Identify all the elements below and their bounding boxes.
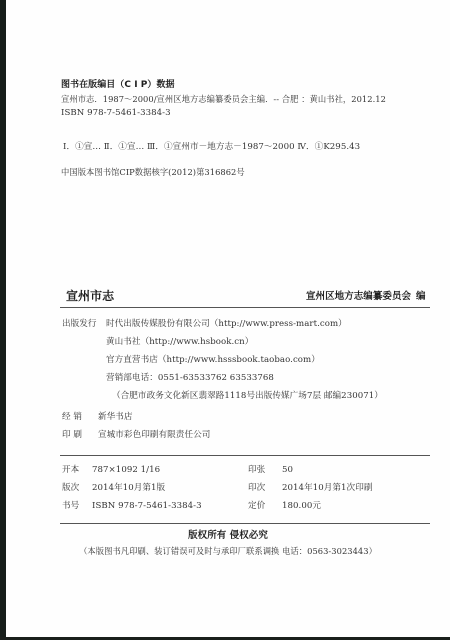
distributor-value: 新华书店	[98, 412, 133, 423]
replacement-notice: （本版图书凡印刷、装订错误可及时与承印厂联系调换 电话：0563-3023443…	[6, 546, 450, 557]
distributor-label: 经 销	[62, 412, 82, 423]
publisher-phone: 营销部电话：0551-63533762 63533768	[106, 373, 274, 384]
cip-isbn: ISBN 978-7-5461-3384-3	[61, 108, 171, 119]
cip-heading: 图书在版编目（C I P）数据	[61, 80, 175, 91]
spec-value-edition: 2014年10月第1版	[92, 483, 165, 494]
specs-top-rule	[60, 455, 430, 456]
spec-value-sheets: 50	[282, 465, 293, 476]
spec-value-price: 180.00元	[282, 501, 321, 512]
rights-reserved: 版权所有 侵权必究	[6, 530, 450, 542]
publisher-line: 官方直营书店（http://www.hsssbook.taobao.com）	[106, 355, 320, 366]
book-editor-suffix: 编	[416, 291, 426, 303]
spec-label-format: 开本	[62, 465, 79, 476]
spec-label-isbn: 书号	[62, 501, 79, 512]
cip-verification-number: 中国版本图书馆CIP数据核字(2012)第316862号	[61, 167, 245, 178]
spec-label-printing: 印次	[248, 483, 265, 494]
printer-value: 宣城市彩色印刷有限责任公司	[98, 430, 210, 441]
publisher-address: （合肥市政务文化新区翡翠路1118号出版传媒广场7层 邮编230071）	[112, 391, 383, 402]
spec-value-isbn: ISBN 978-7-5461-3384-3	[92, 501, 202, 512]
book-editor: 宣州区地方志编纂委员会	[306, 291, 411, 303]
spec-label-price: 定价	[248, 501, 265, 512]
publisher-label: 出版发行	[62, 319, 97, 330]
publisher-line: 黄山书社（http://www.hsbook.cn）	[106, 337, 253, 348]
title-rule	[60, 307, 430, 308]
printer-label: 印 刷	[62, 430, 82, 441]
cip-record-line: 宣州市志．1987～2000/宣州区地方志编纂委员会主编．-- 合肥 ：黄山书社…	[61, 94, 386, 105]
spec-label-edition: 版次	[62, 483, 79, 494]
spec-value-printing: 2014年10月第1次印刷	[282, 483, 373, 494]
cip-classification: Ⅰ．①宣… Ⅱ．①宣… Ⅲ．①宣州市－地方志－1987～2000 Ⅳ．①K295…	[63, 142, 360, 153]
copyright-page: 图书在版编目（C I P）数据 宣州市志．1987～2000/宣州区地方志编纂委…	[6, 0, 450, 637]
specs-bottom-rule	[60, 523, 430, 524]
spec-value-format: 787×1092 1/16	[92, 465, 160, 476]
book-title: 宣州市志	[66, 289, 114, 303]
publisher-line: 时代出版传媒股份有限公司（http://www.press-mart.com）	[106, 319, 347, 330]
spec-label-sheets: 印张	[248, 465, 265, 476]
